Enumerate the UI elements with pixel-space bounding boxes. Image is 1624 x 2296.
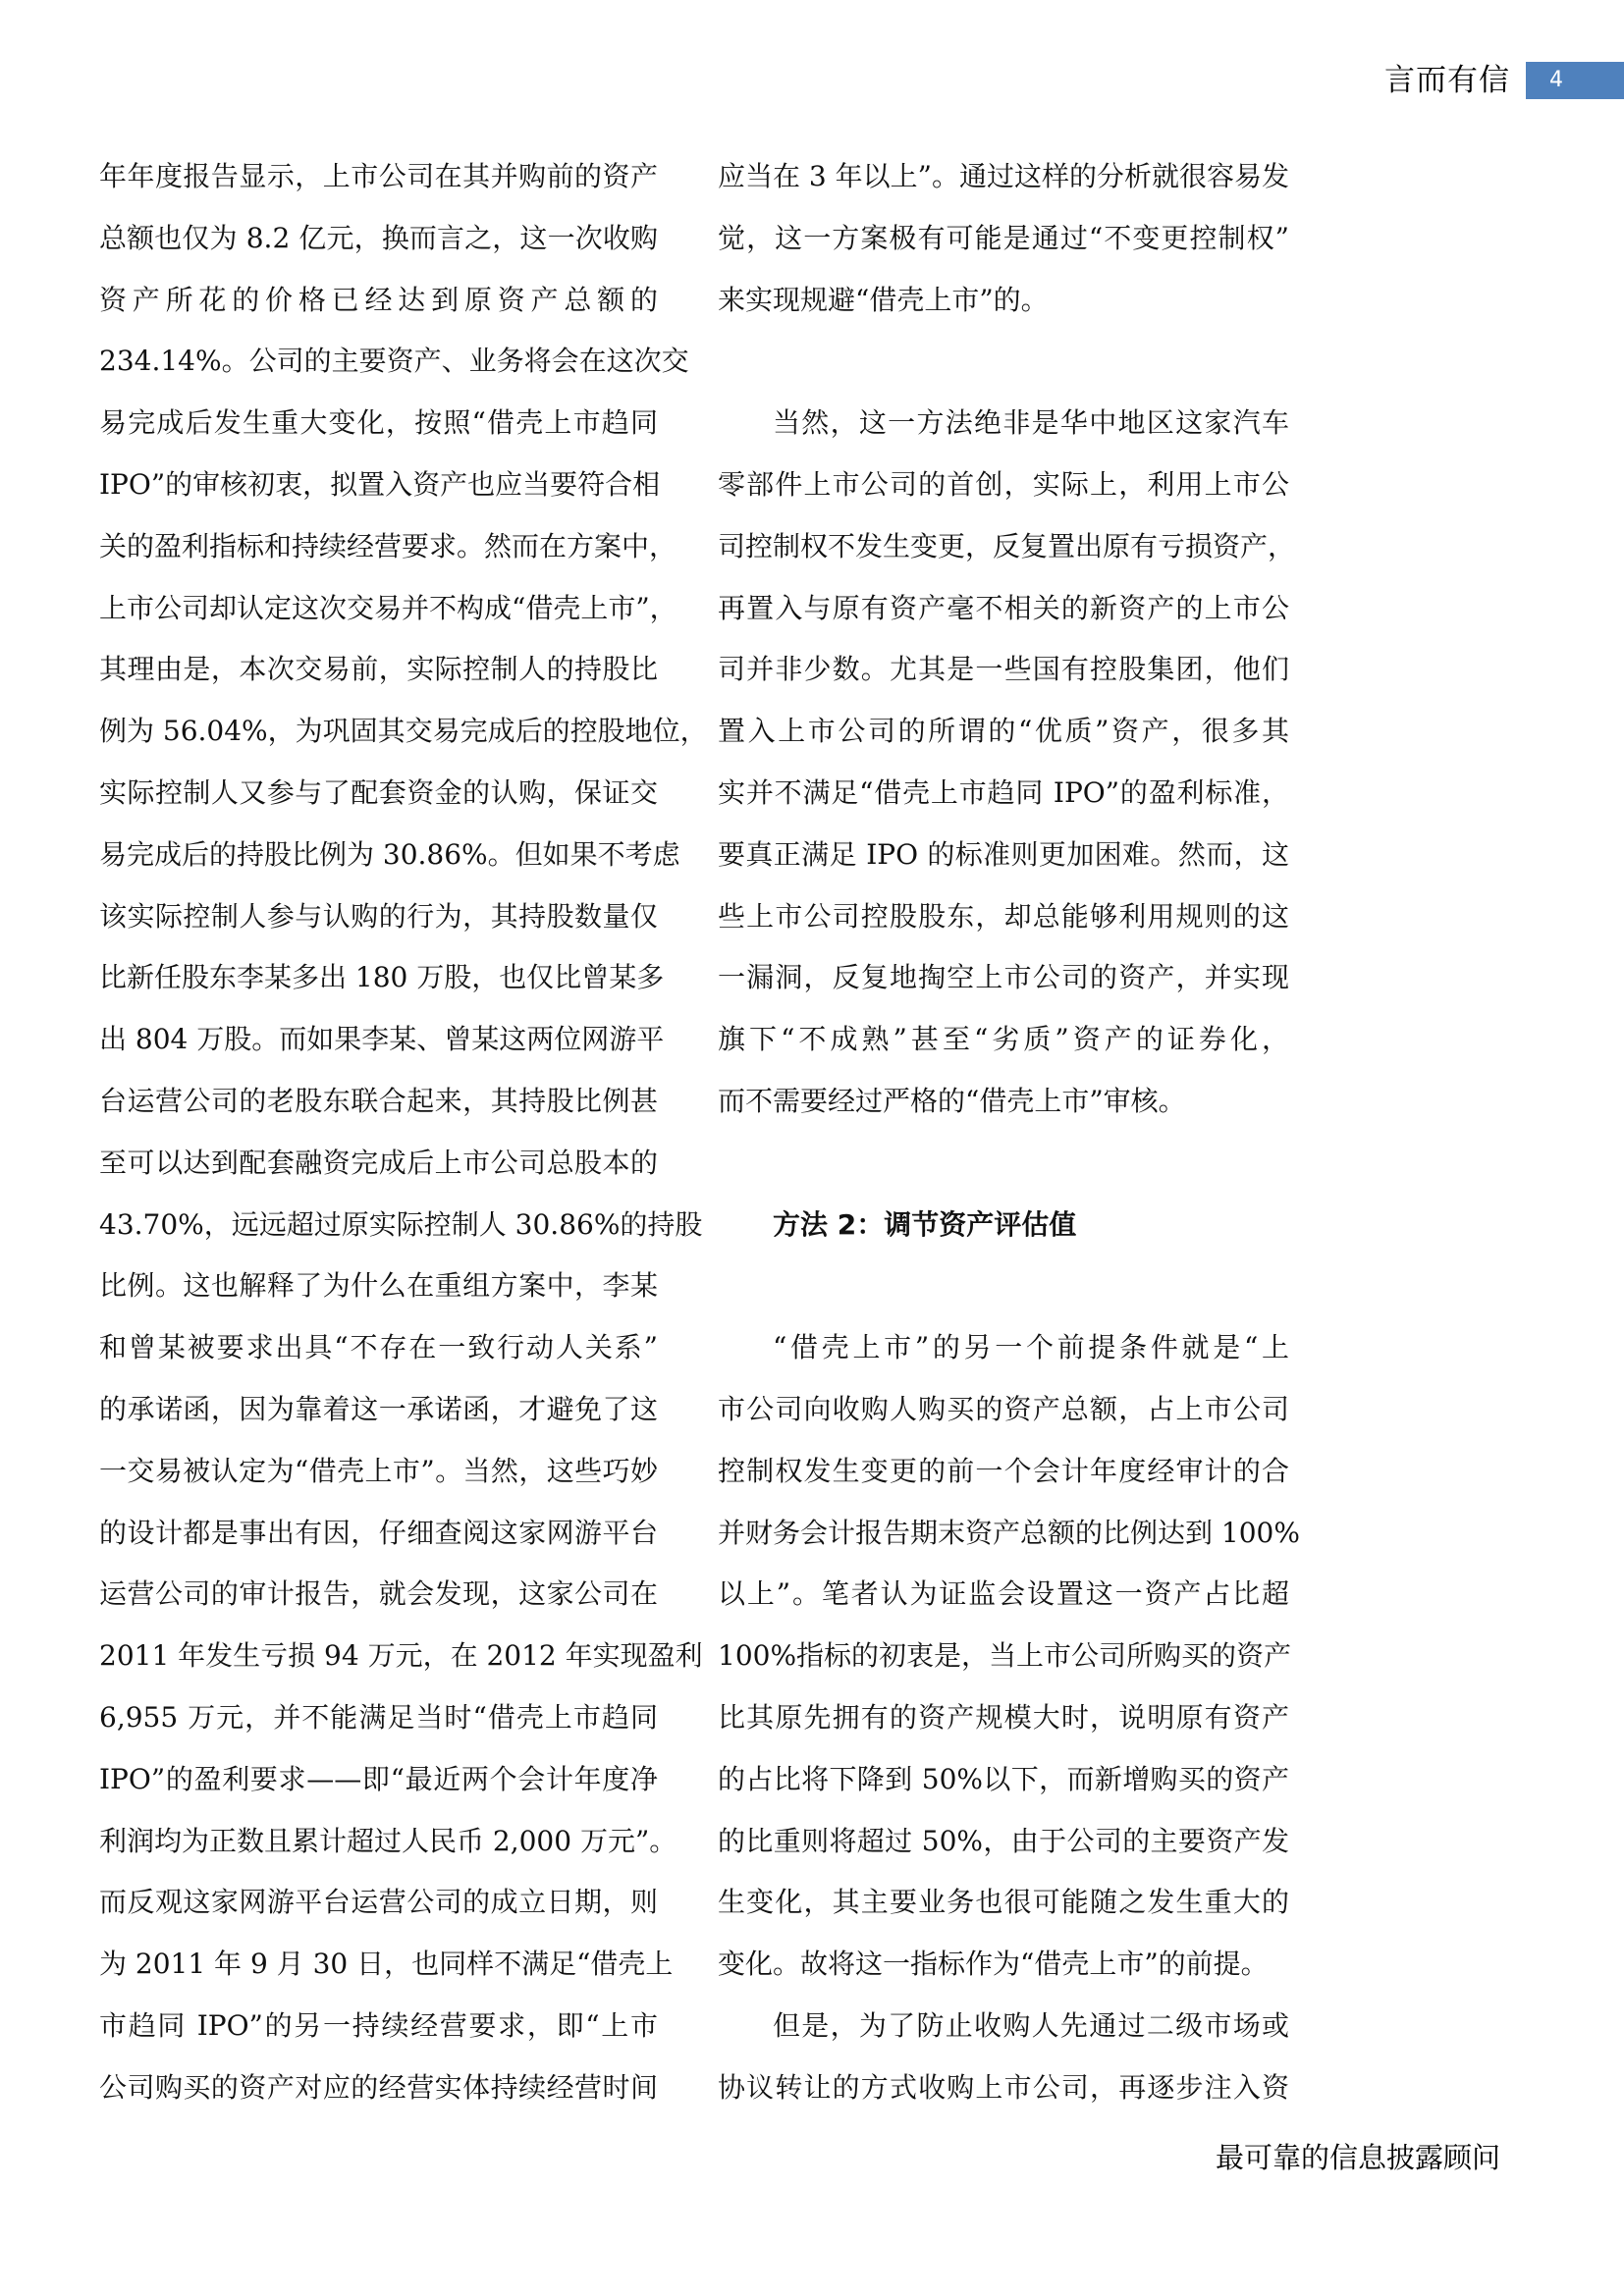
text-line: “借壳上市”的另一个前提条件就是“上 <box>718 1331 1289 1393</box>
text-line: 实际控制人又参与了配套资金的认购，保证交 <box>99 776 658 838</box>
text-line: 年年度报告显示，上市公司在其并购前的资产 <box>99 160 658 222</box>
text-line: 易完成后的持股比例为 30.86%。但如果不考虑 <box>99 838 658 900</box>
text-line: 关的盈利指标和持续经营要求。然而在方案中， <box>99 530 658 592</box>
text-line: 置入上市公司的所谓的“优质”资产，很多其 <box>718 715 1289 776</box>
text-line: 旗下“不成熟”甚至“劣质”资产的证券化， <box>718 1023 1289 1085</box>
text-line: 市公司向收购人购买的资产总额，占上市公司 <box>718 1393 1289 1455</box>
text-line: 该实际控制人参与认购的行为，其持股数量仅 <box>99 900 658 962</box>
page-number: 4 <box>1549 64 1563 97</box>
text-line: 例为 56.04%，为巩固其交易完成后的控股地位， <box>99 715 658 776</box>
text-line: 资产所花的价格已经达到原资产总额的 <box>99 284 658 346</box>
footer-tagline: 最可靠的信息披露顾问 <box>1216 2138 1500 2177</box>
text-line: 的占比将下降到 50%以下，而新增购买的资产 <box>718 1763 1289 1825</box>
text-line: 的比重则将超过 50%，由于公司的主要资产发 <box>718 1825 1289 1887</box>
text-line: 当然，这一方法绝非是华中地区这家汽车 <box>718 406 1289 468</box>
text-line: 些上市公司控股股东，却总能够利用规则的这 <box>718 900 1289 962</box>
text-line: 以上”。笔者认为证监会设置这一资产占比超 <box>718 1577 1289 1639</box>
text-line: 零部件上市公司的首创，实际上，利用上市公 <box>718 468 1289 530</box>
text-line: 43.70%，远远超过原实际控制人 30.86%的持股 <box>99 1208 658 1270</box>
text-line: 比新任股东李某多出 180 万股，也仅比曾某多 <box>99 961 658 1023</box>
text-line: 司控制权不发生变更，反复置出原有亏损资产， <box>718 530 1289 592</box>
text-line: IPO”的盈利要求——即“最近两个会计年度净 <box>99 1763 658 1825</box>
left-column: 年年度报告显示，上市公司在其并购前的资产 总额也仅为 8.2 亿元，换而言之，这… <box>99 160 658 2133</box>
header-title: 言而有信 <box>1384 59 1510 102</box>
paragraph-spacer <box>718 1147 1289 1208</box>
text-line: 234.14%。公司的主要资产、业务将会在这次交 <box>99 345 658 406</box>
text-line: 2011 年发生亏损 94 万元，在 2012 年实现盈利 <box>99 1639 658 1701</box>
text-line: 要真正满足 IPO 的标准则更加困难。然而，这 <box>718 838 1289 900</box>
section-heading: 方法 2：调节资产评估值 <box>718 1208 1289 1270</box>
text-line: 市趋同 IPO”的另一持续经营要求，即“上市 <box>99 2009 658 2071</box>
text-line: 至可以达到配套融资完成后上市公司总股本的 <box>99 1147 658 1208</box>
text-line: 和曾某被要求出具“不存在一致行动人关系” <box>99 1331 658 1393</box>
text-line: 而不需要经过严格的“借壳上市”审核。 <box>718 1085 1289 1147</box>
text-line: 但是，为了防止收购人先通过二级市场或 <box>718 2009 1289 2071</box>
text-line: 实并不满足“借壳上市趋同 IPO”的盈利标准， <box>718 776 1289 838</box>
text-line: 的设计都是事出有因，仔细查阅这家网游平台 <box>99 1517 658 1578</box>
text-line: 控制权发生变更的前一个会计年度经审计的合 <box>718 1455 1289 1517</box>
text-line: 总额也仅为 8.2 亿元，换而言之，这一次收购 <box>99 222 658 284</box>
text-line: 来实现规避“借壳上市”的。 <box>718 284 1289 346</box>
text-line: 变化。故将这一指标作为“借壳上市”的前提。 <box>718 1948 1289 2009</box>
paragraph-spacer <box>718 345 1289 406</box>
text-line: 协议转让的方式收购上市公司，再逐步注入资 <box>718 2071 1289 2133</box>
text-line: 比例。这也解释了为什么在重组方案中，李某 <box>99 1269 658 1331</box>
text-line: 台运营公司的老股东联合起来，其持股比例甚 <box>99 1085 658 1147</box>
text-line: 公司购买的资产对应的经营实体持续经营时间 <box>99 2071 658 2133</box>
text-line: 出 804 万股。而如果李某、曾某这两位网游平 <box>99 1023 658 1085</box>
text-line: 司并非少数。尤其是一些国有控股集团，他们 <box>718 653 1289 715</box>
text-line: 生变化，其主要业务也很可能随之发生重大的 <box>718 1886 1289 1948</box>
text-line: 运营公司的审计报告，就会发现，这家公司在 <box>99 1577 658 1639</box>
paragraph-spacer <box>718 1269 1289 1331</box>
text-line: IPO”的审核初衷，拟置入资产也应当要符合相 <box>99 468 658 530</box>
text-line: 而反观这家网游平台运营公司的成立日期，则 <box>99 1886 658 1948</box>
text-line: 6,955 万元，并不能满足当时“借壳上市趋同 <box>99 1701 658 1763</box>
text-line: 100%指标的初衷是，当上市公司所购买的资产 <box>718 1639 1289 1701</box>
text-line: 应当在 3 年以上”。通过这样的分析就很容易发 <box>718 160 1289 222</box>
text-line: 易完成后发生重大变化，按照“借壳上市趋同 <box>99 406 658 468</box>
text-line: 利润均为正数且累计超过人民币 2,000 万元”。 <box>99 1825 658 1887</box>
page-number-badge: 4 <box>1526 62 1624 99</box>
text-line: 一漏洞，反复地掏空上市公司的资产，并实现 <box>718 961 1289 1023</box>
text-line: 再置入与原有资产毫不相关的新资产的上市公 <box>718 592 1289 654</box>
text-line: 觉，这一方案极有可能是通过“不变更控制权” <box>718 222 1289 284</box>
text-line: 其理由是，本次交易前，实际控制人的持股比 <box>99 653 658 715</box>
text-line: 比其原先拥有的资产规模大时，说明原有资产 <box>718 1701 1289 1763</box>
right-column: 应当在 3 年以上”。通过这样的分析就很容易发 觉，这一方案极有可能是通过“不变… <box>718 160 1289 2133</box>
text-line: 上市公司却认定这次交易并不构成“借壳上市”， <box>99 592 658 654</box>
text-line: 为 2011 年 9 月 30 日，也同样不满足“借壳上 <box>99 1948 658 2009</box>
text-line: 并财务会计报告期末资产总额的比例达到 100% <box>718 1517 1289 1578</box>
text-line: 的承诺函，因为靠着这一承诺函，才避免了这 <box>99 1393 658 1455</box>
text-line: 一交易被认定为“借壳上市”。当然，这些巧妙 <box>99 1455 658 1517</box>
